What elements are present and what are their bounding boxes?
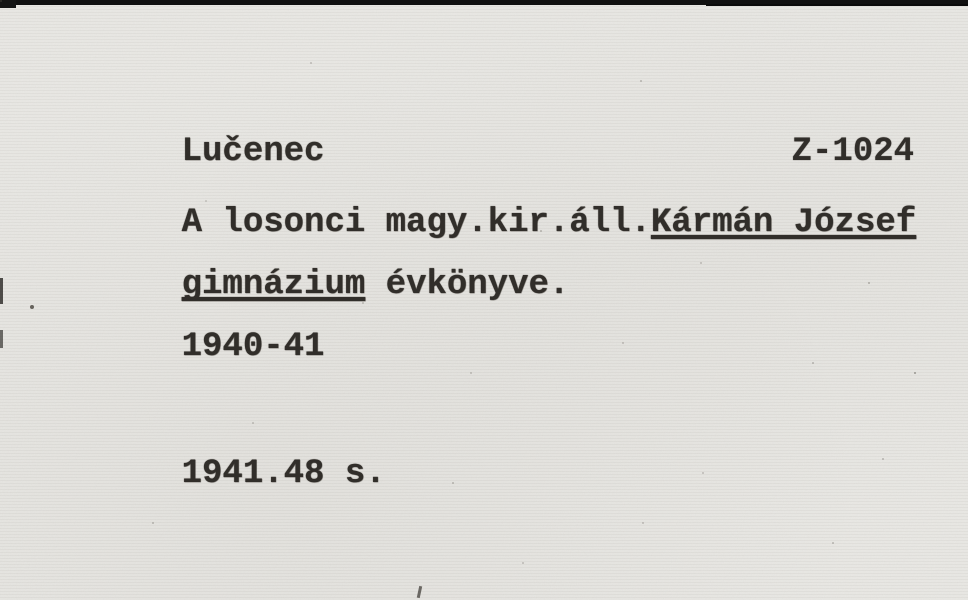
scan-artifact-left-edge (0, 278, 3, 304)
imprint-line: 1941.48 s. (100, 423, 386, 525)
school-years-text: 1940-41 (182, 328, 325, 366)
call-number-text: Z-1024 (792, 133, 914, 171)
scan-artifact-top-edge-right (706, 4, 968, 6)
catalog-card-scan: Lučenec Z-1024 A losonci magy.kir.áll.Ká… (0, 0, 968, 600)
scan-artifact-left-edge (0, 330, 3, 348)
title-suffix-text: évkönyve. (365, 266, 569, 304)
school-years: 1940-41 (100, 296, 324, 398)
underlined-author-name: Kármán József (651, 204, 916, 242)
scan-artifact-bottom-mark (417, 586, 422, 598)
paper-specks (0, 0, 2, 2)
ink-speck (30, 305, 34, 309)
imprint-text: 1941.48 s. (182, 455, 386, 493)
scan-artifact-top-corner (0, 0, 16, 8)
place-heading-text: Lučenec (182, 133, 325, 171)
